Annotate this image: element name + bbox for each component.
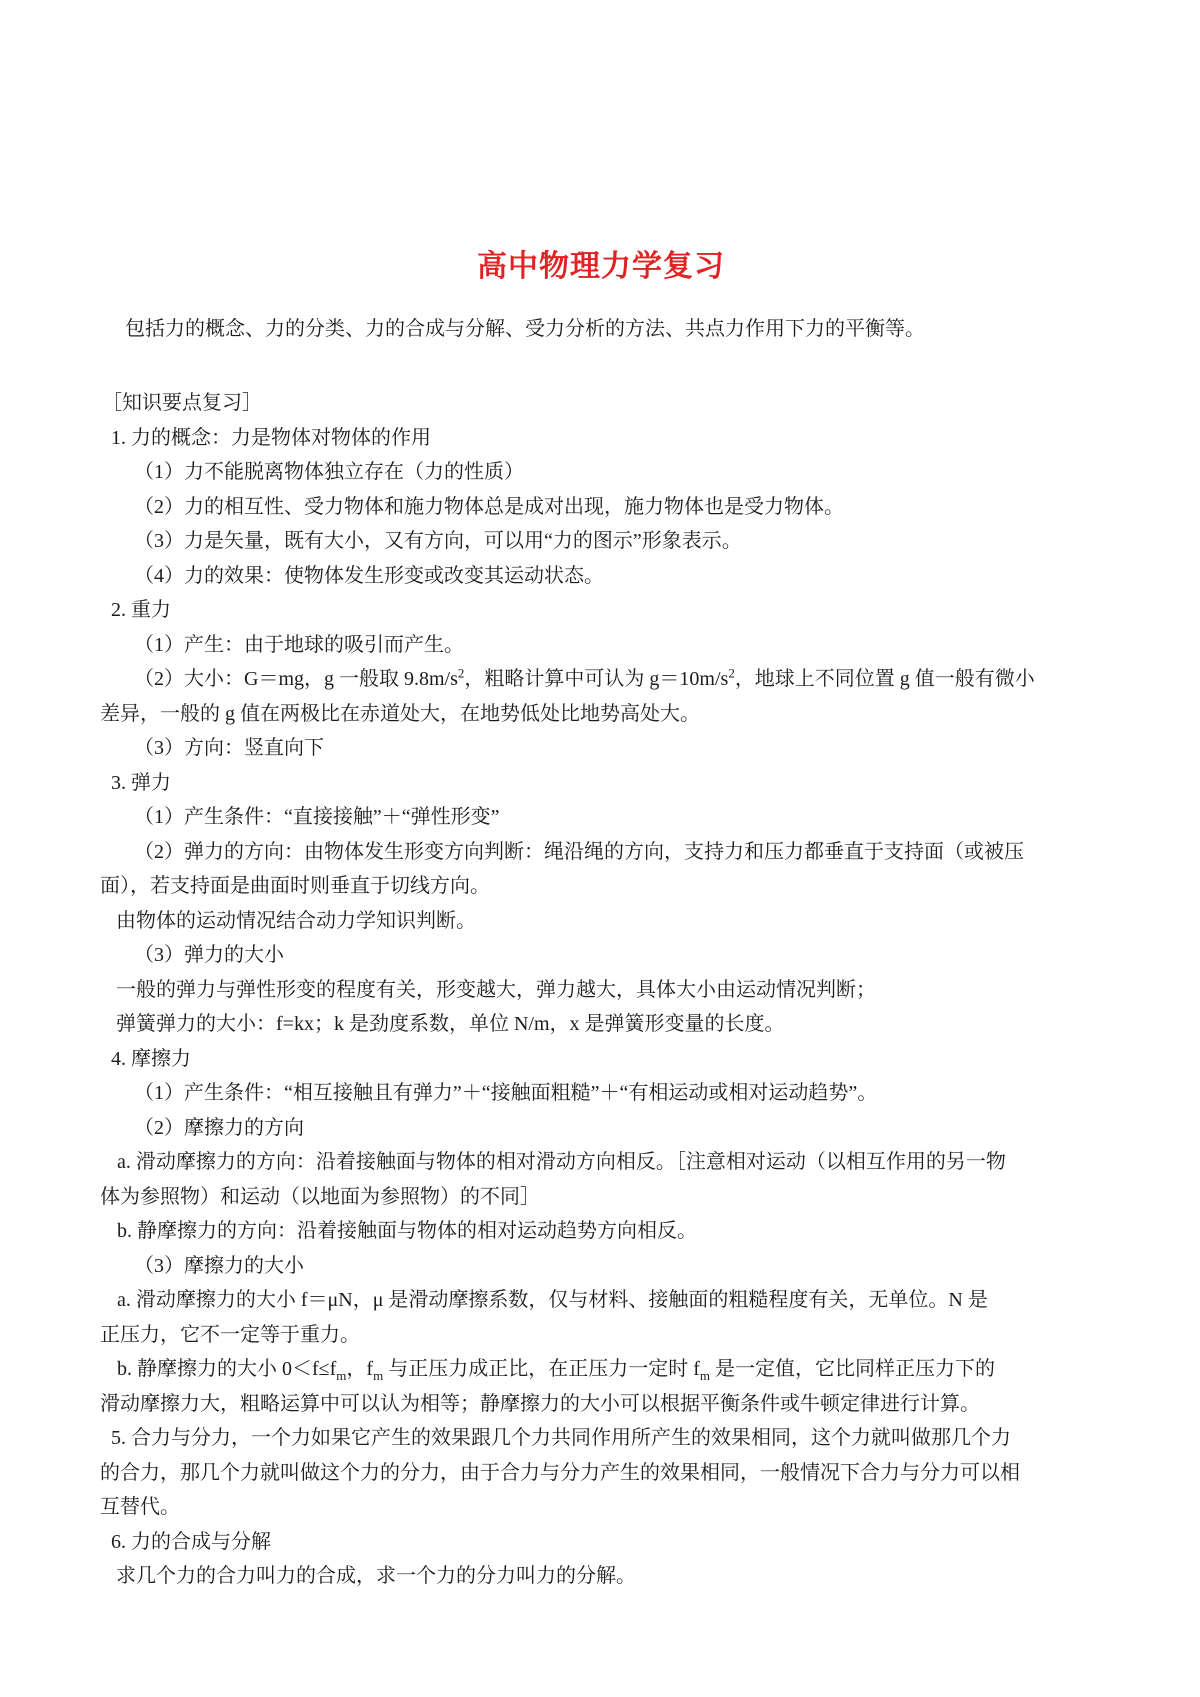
text-line: （1）力不能脱离物体独立存在（力的性质） (100, 455, 1102, 490)
text-line: 弹簧弹力的大小：f=kx；k 是劲度系数，单位 N/m，x 是弹簧形变量的长度。 (100, 1007, 1102, 1042)
text-line: a. 滑动摩擦力的大小 f＝μN，μ 是滑动摩擦系数，仅与材料、接触面的粗糙程度… (100, 1283, 1102, 1318)
text-line: 体为参照物）和运动（以地面为参照物）的不同］ (100, 1180, 1102, 1215)
text-line: 一般的弹力与弹性形变的程度有关，形变越大，弹力越大，具体大小由运动情况判断； (100, 973, 1102, 1008)
text-line: （2）摩擦力的方向 (100, 1111, 1102, 1146)
text-line: 2. 重力 (100, 593, 1102, 628)
text-segment: （1）产生条件：“直接接触”＋“弹性形变” (134, 806, 500, 828)
text-segment: 与正压力成正比，在正压力一定时 f (383, 1358, 700, 1380)
text-segment: 面），若支持面是曲面时则垂直于切线方向。 (100, 875, 490, 897)
text-segment: 互替代。 (100, 1496, 180, 1518)
text-segment: ，地球上不同位置 g 值一般有微小 (735, 668, 1035, 690)
text-segment: ，f (346, 1358, 373, 1380)
text-line: 面），若支持面是曲面时则垂直于切线方向。 (100, 869, 1102, 904)
text-segment: 差异，一般的 g 值在两极比在赤道处大，在地势低处比地势高处大。 (100, 703, 700, 725)
text-segment: 弹簧弹力的大小：f=kx；k 是劲度系数，单位 N/m，x 是弹簧形变量的长度。 (116, 1013, 785, 1035)
text-line: ［知识要点复习］ (100, 386, 1102, 421)
text-line: （3）力是矢量，既有大小，又有方向，可以用“力的图示”形象表示。 (100, 524, 1102, 559)
text-line: 由物体的运动情况结合动力学知识判断。 (100, 904, 1102, 939)
text-segment: （2）弹力的方向：由物体发生形变方向判断：绳沿绳的方向，支持力和压力都垂直于支持… (134, 841, 1024, 863)
document-title: 高中物理力学复习 (100, 247, 1102, 287)
text-line: 1. 力的概念：力是物体对物体的作用 (100, 421, 1102, 456)
text-segment: （1）力不能脱离物体独立存在（力的性质） (134, 461, 524, 483)
text-line: 滑动摩擦力大，粗略运算中可以认为相等；静摩擦力的大小可以根据平衡条件或牛顿定律进… (100, 1387, 1102, 1422)
text-line: （3）方向：竖直向下 (100, 731, 1102, 766)
text-line: 求几个力的合力叫力的合成，求一个力的分力叫力的分解。 (100, 1559, 1102, 1594)
text-segment: （3）方向：竖直向下 (134, 737, 324, 759)
text-line: 正压力，它不一定等于重力。 (100, 1318, 1102, 1353)
text-segment: （3）力是矢量，既有大小，又有方向，可以用“力的图示”形象表示。 (134, 530, 742, 552)
text-segment: 一般的弹力与弹性形变的程度有关，形变越大，弹力越大，具体大小由运动情况判断； (116, 979, 876, 1001)
text-line: （3）弹力的大小 (100, 938, 1102, 973)
text-line: a. 滑动摩擦力的方向：沿着接触面与物体的相对滑动方向相反。［注意相对运动（以相… (100, 1145, 1102, 1180)
text-segment: 2. 重力 (111, 599, 171, 621)
text-segment: b. 静摩擦力的方向：沿着接触面与物体的相对运动趋势方向相反。 (117, 1220, 697, 1242)
text-line: 6. 力的合成与分解 (100, 1525, 1102, 1560)
text-line: 5. 合力与分力，一个力如果它产生的效果跟几个力共同作用所产生的效果相同，这个力… (100, 1421, 1102, 1456)
text-segment: 是一定值，它比同样正压力下的 (710, 1358, 995, 1380)
text-segment: 正压力，它不一定等于重力。 (100, 1324, 360, 1346)
text-segment: （2）摩擦力的方向 (134, 1117, 304, 1139)
text-segment: 求几个力的合力叫力的合成，求一个力的分力叫力的分解。 (116, 1565, 636, 1587)
text-line: （1）产生：由于地球的吸引而产生。 (100, 628, 1102, 663)
text-line: （1）产生条件：“直接接触”＋“弹性形变” (100, 800, 1102, 835)
sub-text: m (373, 1368, 383, 1383)
text-line: （2）力的相互性、受力物体和施力物体总是成对出现，施力物体也是受力物体。 (100, 490, 1102, 525)
text-segment: 体为参照物）和运动（以地面为参照物）的不同］ (100, 1186, 540, 1208)
text-segment: 1. 力的概念：力是物体对物体的作用 (111, 427, 431, 449)
text-segment: a. 滑动摩擦力的大小 f＝μN，μ 是滑动摩擦系数，仅与材料、接触面的粗糙程度… (117, 1289, 988, 1311)
text-line: （2）弹力的方向：由物体发生形变方向判断：绳沿绳的方向，支持力和压力都垂直于支持… (100, 835, 1102, 870)
text-segment: （3）弹力的大小 (134, 944, 284, 966)
text-segment: ［知识要点复习］ (102, 392, 262, 414)
text-segment: （2）大小：G＝mg，g 一般取 9.8m/s (134, 668, 458, 690)
document-page: 高中物理力学复习 包括力的概念、力的分类、力的合成与分解、受力分析的方法、共点力… (0, 0, 1200, 1697)
intro-paragraph: 包括力的概念、力的分类、力的合成与分解、受力分析的方法、共点力作用下力的平衡等。 (100, 312, 1102, 346)
text-segment: （4）力的效果：使物体发生形变或改变其运动状态。 (134, 565, 604, 587)
document-content: 高中物理力学复习 包括力的概念、力的分类、力的合成与分解、受力分析的方法、共点力… (100, 0, 1102, 1594)
sub-text: m (700, 1368, 710, 1383)
text-line: b. 静摩擦力的大小 0＜f≤fm，fm 与正压力成正比，在正压力一定时 fm … (100, 1352, 1102, 1387)
text-segment: b. 静摩擦力的大小 0＜f≤f (117, 1358, 336, 1380)
text-segment: 5. 合力与分力，一个力如果它产生的效果跟几个力共同作用所产生的效果相同，这个力… (111, 1427, 1011, 1449)
text-segment: （2）力的相互性、受力物体和施力物体总是成对出现，施力物体也是受力物体。 (134, 496, 844, 518)
text-segment: ，粗略计算中可认为 g＝10m/s (464, 668, 728, 690)
text-segment: 4. 摩擦力 (111, 1048, 191, 1070)
text-line: b. 静摩擦力的方向：沿着接触面与物体的相对运动趋势方向相反。 (100, 1214, 1102, 1249)
text-segment: 滑动摩擦力大，粗略运算中可以认为相等；静摩擦力的大小可以根据平衡条件或牛顿定律进… (100, 1393, 980, 1415)
text-line: 3. 弹力 (100, 766, 1102, 801)
text-segment: （1）产生：由于地球的吸引而产生。 (134, 634, 464, 656)
text-line: 4. 摩擦力 (100, 1042, 1102, 1077)
text-segment: 的合力，那几个力就叫做这个力的分力，由于合力与分力产生的效果相同，一般情况下合力… (100, 1462, 1020, 1484)
text-segment: 由物体的运动情况结合动力学知识判断。 (116, 910, 476, 932)
sub-text: m (336, 1368, 346, 1383)
text-line: 的合力，那几个力就叫做这个力的分力，由于合力与分力产生的效果相同，一般情况下合力… (100, 1456, 1102, 1491)
document-body: ［知识要点复习］1. 力的概念：力是物体对物体的作用（1）力不能脱离物体独立存在… (100, 386, 1102, 1594)
text-segment: a. 滑动摩擦力的方向：沿着接触面与物体的相对滑动方向相反。［注意相对运动（以相… (117, 1151, 1006, 1173)
text-line: （1）产生条件：“相互接触且有弹力”＋“接触面粗糙”＋“有相运动或相对运动趋势”… (100, 1076, 1102, 1111)
text-line: （3）摩擦力的大小 (100, 1249, 1102, 1284)
text-line: （4）力的效果：使物体发生形变或改变其运动状态。 (100, 559, 1102, 594)
text-segment: 6. 力的合成与分解 (111, 1531, 271, 1553)
text-line: 差异，一般的 g 值在两极比在赤道处大，在地势低处比地势高处大。 (100, 697, 1102, 732)
text-segment: （3）摩擦力的大小 (134, 1255, 304, 1277)
text-segment: （1）产生条件：“相互接触且有弹力”＋“接触面粗糙”＋“有相运动或相对运动趋势”… (134, 1082, 877, 1104)
text-line: 互替代。 (100, 1490, 1102, 1525)
text-line: （2）大小：G＝mg，g 一般取 9.8m/s2，粗略计算中可认为 g＝10m/… (100, 662, 1102, 697)
text-segment: 3. 弹力 (111, 772, 171, 794)
